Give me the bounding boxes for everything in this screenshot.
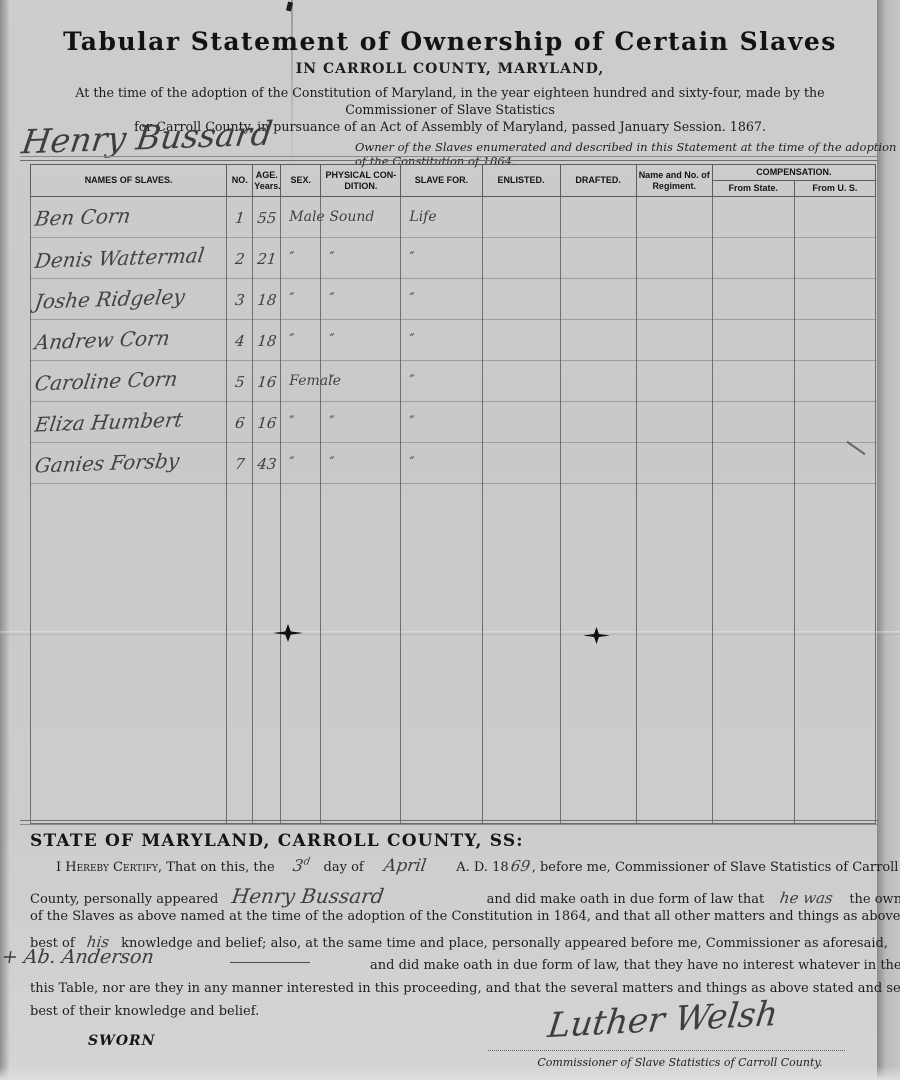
empty-cell — [321, 484, 401, 824]
cell-sex: ″ — [281, 402, 321, 443]
col-header-sex: SEX. — [281, 165, 321, 197]
cell-drafted — [560, 402, 636, 443]
col-header-regiment: Name and No. of Regiment. — [636, 165, 712, 197]
horizontal-rule — [20, 820, 878, 821]
certification-line-4: best of his knowledge and belief; also, … — [30, 932, 900, 952]
cell-no: 3 — [225, 279, 255, 320]
empty-cell — [636, 484, 712, 824]
cell-slave-for: ″ — [401, 279, 482, 320]
table-empty-area — [31, 484, 876, 824]
cell-from-state — [712, 279, 794, 320]
empty-cell — [281, 484, 321, 824]
cell-sex: ″ — [281, 238, 321, 279]
empty-cell — [560, 484, 636, 824]
handwritten-name: Eliza Humbert — [33, 407, 184, 436]
cell-name: Eliza Humbert — [31, 402, 227, 443]
certification-line-3: of the Slaves as above named at the time… — [30, 909, 900, 924]
cell-slave-for: ″ — [401, 402, 482, 443]
empty-cell — [794, 484, 875, 824]
cell-age: 18 — [251, 320, 283, 361]
certification-line-7: best of their knowledge and belief. — [30, 1004, 259, 1019]
cell-from-us — [794, 279, 875, 320]
table-header: NAMES OF SLAVES. NO. AGE. Years. SEX. PH… — [31, 165, 876, 197]
scan-edge-left — [0, 0, 10, 1080]
table-row: Ben Corn 1 55 Male Sound Life — [31, 197, 876, 238]
cell-no: 1 — [225, 197, 255, 238]
cell-slave-for: Life — [401, 197, 482, 238]
col-header-no: NO. — [227, 165, 253, 197]
cell-drafted — [560, 361, 636, 402]
empty-cell — [31, 484, 227, 824]
cell-regiment — [636, 443, 712, 484]
handwritten-year: 69 — [509, 857, 531, 875]
handwritten-name: Caroline Corn — [33, 366, 179, 395]
cell-from-us — [794, 402, 875, 443]
cell-enlisted — [482, 361, 560, 402]
printed-text: A. D. 18 — [456, 860, 508, 875]
slave-ownership-table: NAMES OF SLAVES. NO. AGE. Years. SEX. PH… — [30, 164, 876, 824]
col-header-condition: PHYSICAL CON- DITION. — [321, 165, 401, 197]
cell-slave-for: ″ — [401, 361, 482, 402]
cell-name: Andrew Corn — [31, 320, 227, 361]
cell-sex: Female — [281, 361, 321, 402]
cell-no: 6 — [225, 402, 255, 443]
handwritten-month: April — [382, 856, 427, 876]
handwritten-name: Joshe Ridgeley — [33, 284, 186, 313]
handwritten-name: Andrew Corn — [33, 326, 171, 355]
empty-cell — [401, 484, 482, 824]
col-header-age-line2: Years. — [254, 181, 281, 191]
cell-sex: ″ — [281, 443, 321, 484]
cell-from-us — [794, 320, 875, 361]
cell-enlisted — [482, 443, 560, 484]
col-header-age-line1: AGE. — [256, 170, 278, 180]
cell-from-state — [712, 320, 794, 361]
cell-slave-for: ″ — [401, 238, 482, 279]
cell-from-us — [794, 361, 875, 402]
cell-condition: ″ — [321, 361, 401, 402]
printed-text: County, personally appeared — [30, 892, 218, 907]
col-header-compensation: COMPENSATION. — [712, 165, 875, 181]
cell-name: Joshe Ridgeley — [31, 279, 227, 320]
col-header-from-us: From U. S. — [794, 181, 875, 197]
handwritten-name: Denis Wattermal — [33, 243, 206, 273]
printed-text: day of — [324, 860, 364, 875]
empty-cell — [253, 484, 281, 824]
cell-drafted — [560, 320, 636, 361]
page-title: Tabular Statement of Ownership of Certai… — [0, 27, 900, 56]
horizontal-rule — [20, 160, 878, 161]
cell-condition: ″ — [321, 320, 401, 361]
cell-drafted — [560, 238, 636, 279]
handwritten-day: 3d — [291, 856, 310, 875]
cell-regiment — [636, 402, 712, 443]
cell-name: Ben Corn — [31, 197, 227, 238]
col-header-condition-line2: DITION. — [344, 181, 377, 191]
horizontal-rule — [20, 824, 878, 825]
cell-no: 5 — [225, 361, 255, 402]
horizontal-rule — [20, 156, 878, 157]
cell-age: 55 — [251, 197, 283, 238]
pen-stroke-mark — [230, 962, 310, 963]
handwritten-appeared-name: Henry Bussard — [231, 884, 484, 908]
cell-age: 16 — [251, 402, 283, 443]
cell-condition: ″ — [321, 443, 401, 484]
printed-text: and did make oath in due form of law tha… — [487, 892, 765, 907]
cell-regiment — [636, 197, 712, 238]
cell-name: Caroline Corn — [31, 361, 227, 402]
sworn-label: SWORN — [88, 1033, 155, 1049]
printed-text: knowledge and belief; also, at the same … — [121, 936, 888, 951]
owner-signature-handwriting: Henry Bussard — [19, 114, 275, 162]
certification-line-1: I Hereby Certify, That on this, the 3d d… — [56, 856, 898, 876]
cell-no: 2 — [225, 238, 255, 279]
cell-enlisted — [482, 238, 560, 279]
cell-name: Ganies Forsby — [31, 443, 227, 484]
cell-sex: ″ — [281, 279, 321, 320]
cell-sex: Male — [281, 197, 321, 238]
cell-no: 7 — [225, 443, 255, 484]
cell-age: 43 — [251, 443, 283, 484]
cell-regiment — [636, 361, 712, 402]
cell-condition: Sound — [321, 197, 401, 238]
table-row: Ganies Forsby 7 43 ″ ″ ″ — [31, 443, 876, 484]
empty-cell — [712, 484, 794, 824]
cell-regiment — [636, 238, 712, 279]
table-row: Andrew Corn 4 18 ″ ″ ″ — [31, 320, 876, 361]
cell-regiment — [636, 320, 712, 361]
col-header-enlisted: ENLISTED. — [482, 165, 560, 197]
certification-heading: STATE OF MARYLAND, CARROLL COUNTY, SS: — [30, 831, 524, 851]
table-row: Denis Wattermal 2 21 ″ ″ ″ — [31, 238, 876, 279]
cell-enlisted — [482, 279, 560, 320]
cell-slave-for: ″ — [401, 443, 482, 484]
printed-text: That on this, the — [166, 860, 274, 875]
cell-no: 4 — [225, 320, 255, 361]
cell-from-state — [712, 402, 794, 443]
cell-drafted — [560, 279, 636, 320]
cell-condition: ″ — [321, 402, 401, 443]
table-row: Joshe Ridgeley 3 18 ″ ″ ″ — [31, 279, 876, 320]
cell-condition: ″ — [321, 238, 401, 279]
page-subtitle: IN CARROLL COUNTY, MARYLAND, — [0, 61, 900, 77]
cell-condition: ″ — [321, 279, 401, 320]
cell-name: Denis Wattermal — [31, 238, 227, 279]
cell-from-state — [712, 443, 794, 484]
cell-age: 21 — [251, 238, 283, 279]
scanned-document-page: Tabular Statement of Ownership of Certai… — [0, 0, 900, 1080]
cell-from-us — [794, 443, 875, 484]
cell-sex: ″ — [281, 320, 321, 361]
printed-text: the owner — [849, 892, 900, 907]
col-header-from-state: From State. — [712, 181, 794, 197]
cell-from-state — [712, 238, 794, 279]
cell-regiment — [636, 279, 712, 320]
empty-cell — [227, 484, 253, 824]
col-header-drafted: DRAFTED. — [560, 165, 636, 197]
cell-drafted — [560, 443, 636, 484]
certification-line-2: County, personally appeared Henry Bussar… — [30, 884, 900, 908]
col-header-names: NAMES OF SLAVES. — [31, 165, 227, 197]
handwritten-name: Ganies Forsby — [33, 448, 181, 477]
certify-phrase: I Hereby Certify, — [56, 860, 162, 875]
cell-from-state — [712, 197, 794, 238]
empty-cell — [482, 484, 560, 824]
cell-from-us — [794, 197, 875, 238]
cell-age: 18 — [251, 279, 283, 320]
col-header-slave-for: SLAVE FOR. — [401, 165, 482, 197]
cell-age: 16 — [251, 361, 283, 402]
day-suffix: d — [303, 857, 311, 868]
handwritten-pronoun: he was — [779, 889, 834, 907]
cell-slave-for: ″ — [401, 320, 482, 361]
col-header-regiment-line2: Regiment. — [652, 181, 696, 191]
col-header-condition-line1: PHYSICAL CON- — [325, 170, 396, 180]
cell-enlisted — [482, 197, 560, 238]
handwritten-name: Ben Corn — [33, 203, 132, 230]
certification-line-5: and did make oath in due form of law, th… — [370, 958, 900, 973]
col-header-age: AGE. Years. — [253, 165, 281, 197]
cell-from-state — [712, 361, 794, 402]
cell-enlisted — [482, 320, 560, 361]
handwritten-witness-2: + Ab. Anderson — [0, 946, 155, 968]
cell-from-us — [794, 238, 875, 279]
printed-text: , before me, Commissioner of Slave Stati… — [532, 860, 899, 875]
table-row: Eliza Humbert 6 16 ″ ″ ″ — [31, 402, 876, 443]
commissioner-signature-caption: Commissioner of Slave Statistics of Carr… — [505, 1056, 855, 1069]
intro-line-1: At the time of the adoption of the Const… — [40, 84, 860, 118]
cell-drafted — [560, 197, 636, 238]
table-row: Caroline Corn 5 16 Female ″ ″ — [31, 361, 876, 402]
col-header-regiment-line1: Name and No. of — [639, 170, 710, 180]
cell-enlisted — [482, 402, 560, 443]
